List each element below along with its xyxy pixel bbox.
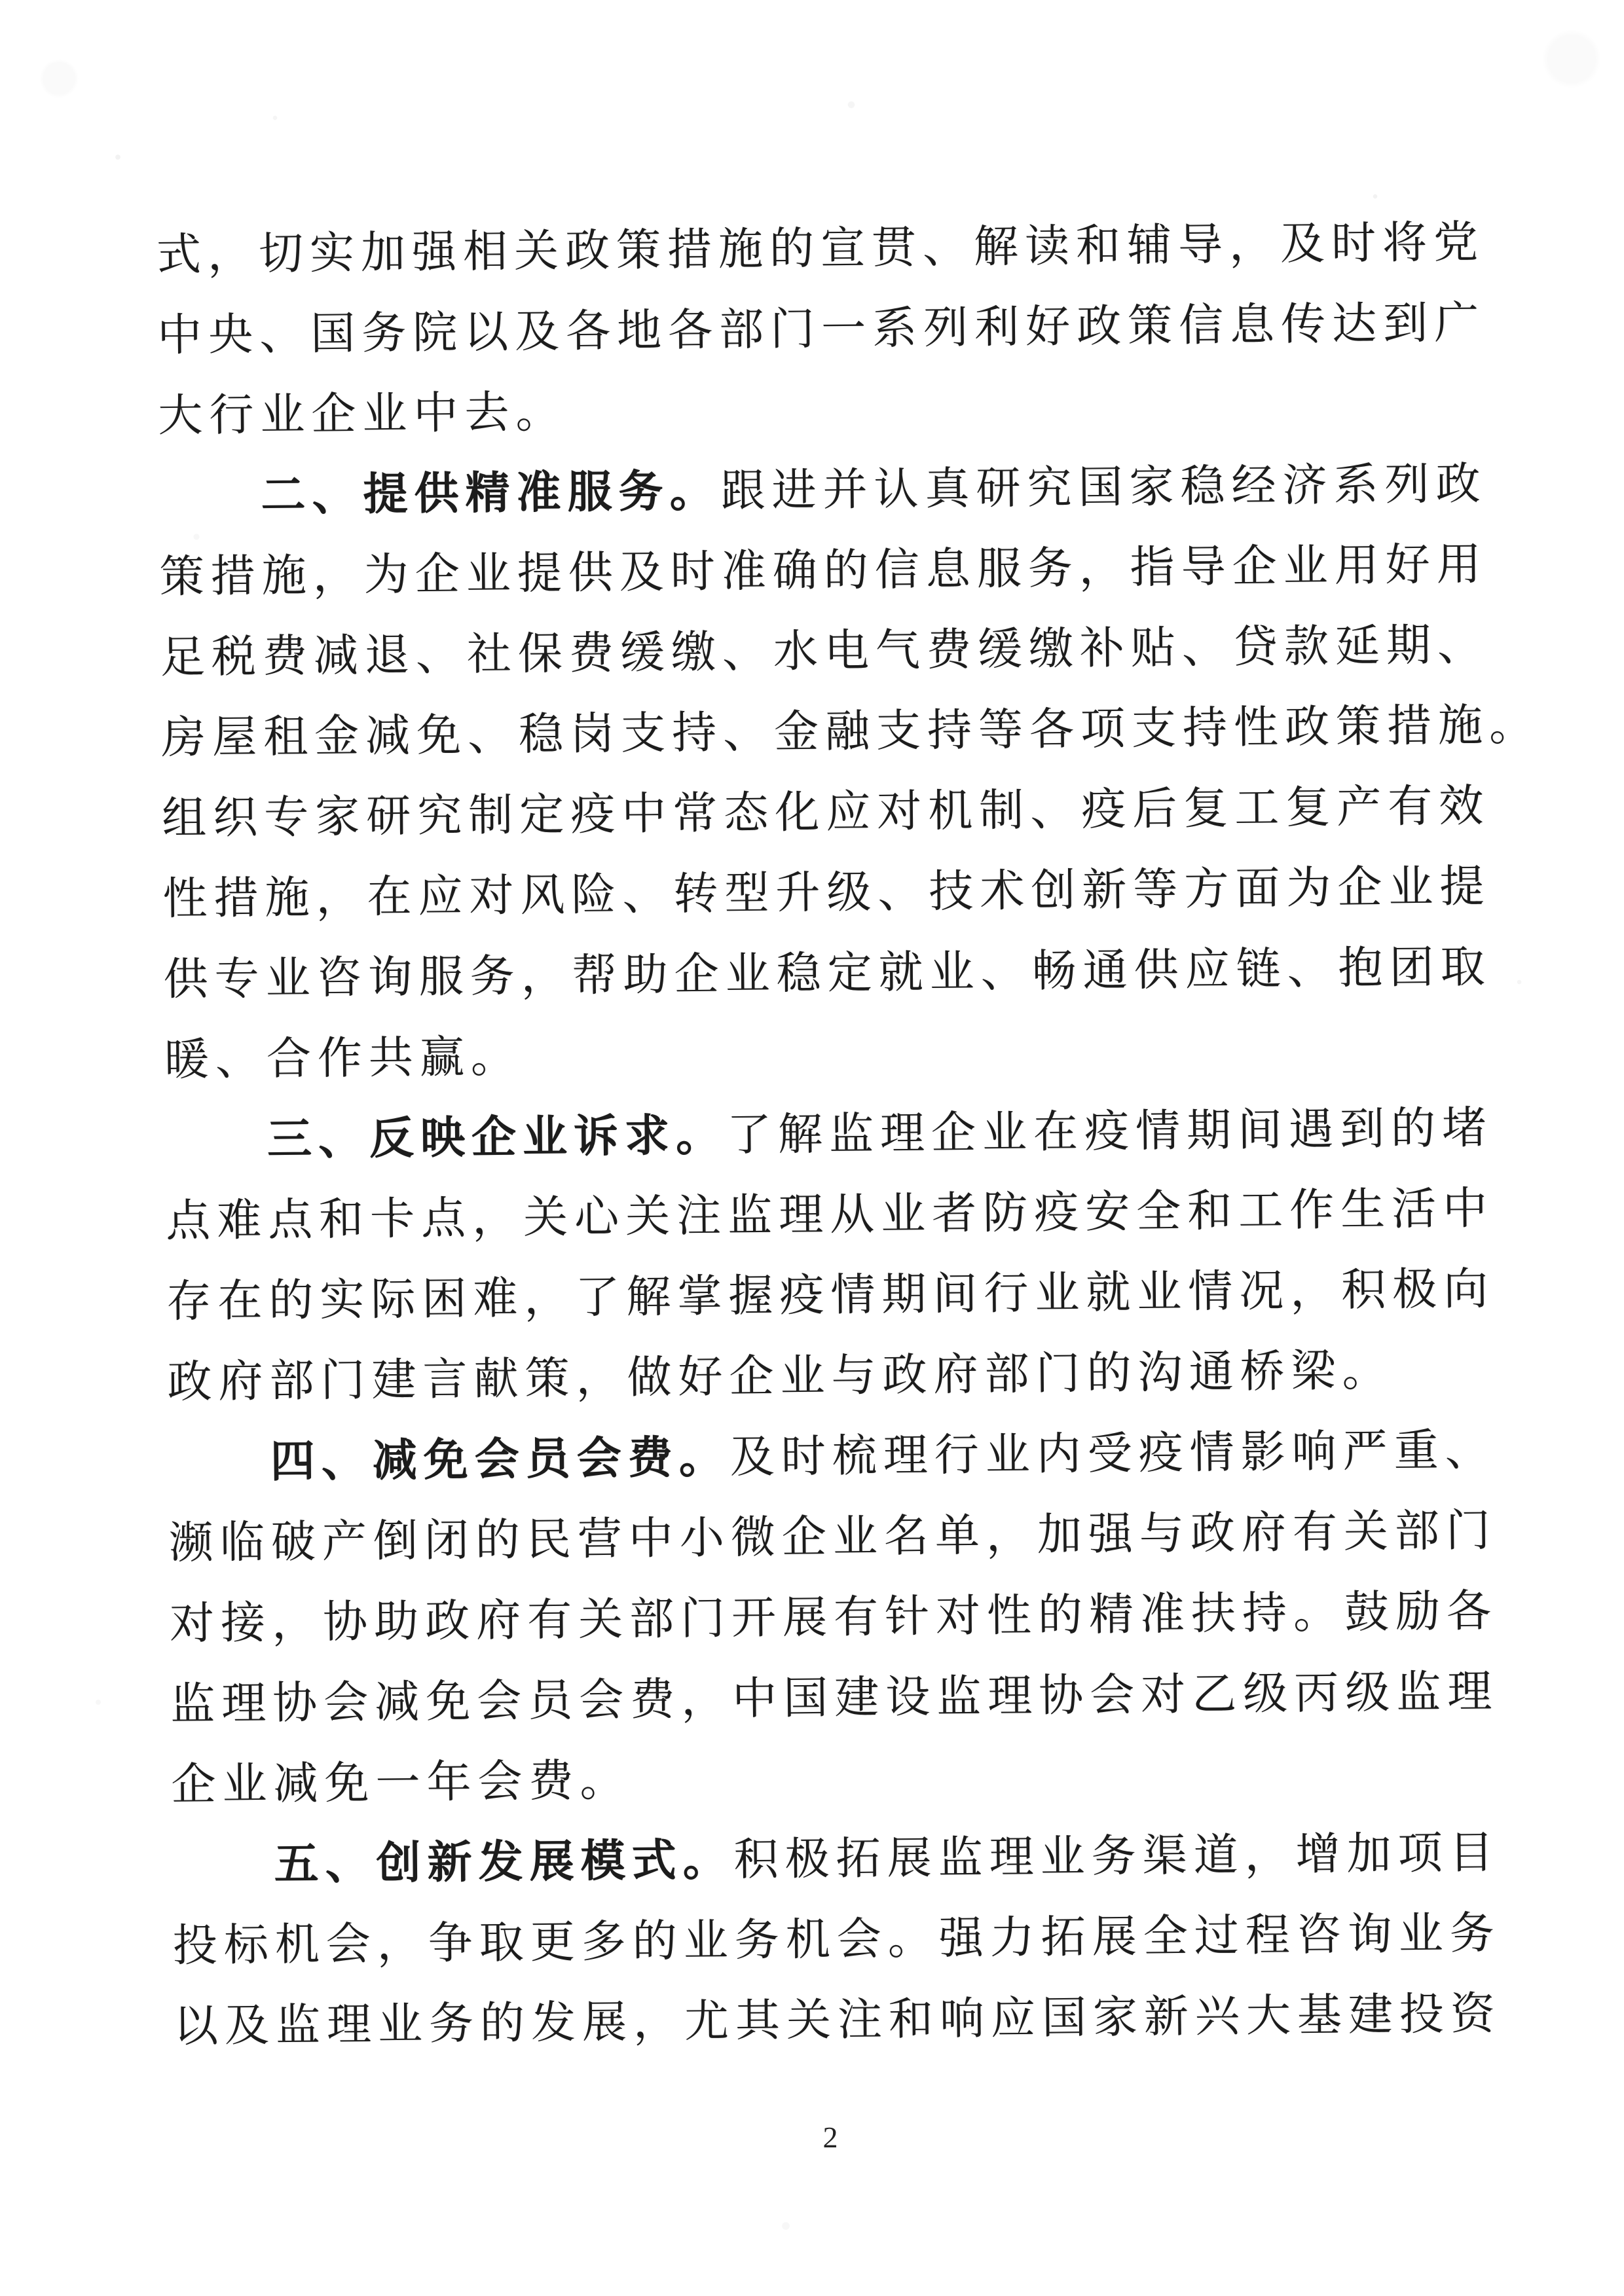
paragraph-heading: 五、创新发展模式。	[274, 1835, 734, 1889]
text-line: 存在的实际困难，了解掌握疫情期间行业就业情况，积极向	[166, 1248, 1536, 1342]
text-line: 政府部门建言献策，做好企业与政府部门的沟通桥梁。	[167, 1329, 1536, 1423]
text-line: 式，切实加强相关政策措施的宣贯、解读和辅导，及时将党	[156, 202, 1525, 295]
paragraph-text: 投标机会，争取更多的业务机会。强力拓展全过程咨询业务	[172, 1908, 1501, 1971]
text-line: 中央、国务院以及各地各部门一系列利好政策信息传达到广	[157, 282, 1526, 376]
paragraph-text: 监理协会减免会员会费，中国建设监理协会对乙级丙级监理	[170, 1667, 1499, 1729]
text-line: 四、减免会员会费。及时梳理行业内受疫情影响严重、	[168, 1410, 1537, 1503]
paragraph-text: 暖、合作共赢。	[164, 1032, 522, 1085]
document-body: 式，切实加强相关政策措施的宣贯、解读和辅导，及时将党中央、国务院以及各地各部门一…	[156, 202, 1542, 2067]
paragraph-text: 性措施，在应对风险、转型升级、技术创新等方面为企业提	[162, 862, 1491, 924]
paragraph-text: 政府部门建言献策，做好企业与政府部门的沟通桥梁。	[167, 1345, 1393, 1407]
text-line: 三、反映企业诉求。了解监理企业在疫情期间遇到的堵	[164, 1087, 1534, 1181]
paragraph-text: 点难点和卡点，关心关注监理从业者防疫安全和工作生活中	[166, 1184, 1494, 1246]
paragraph-text: 存在的实际困难，了解掌握疫情期间行业就业情况，积极向	[166, 1264, 1495, 1326]
paragraph-heading: 三、反映企业诉求。	[267, 1110, 728, 1165]
paragraph-text: 式，切实加强相关政策措施的宣贯、解读和辅导，及时将党	[157, 217, 1485, 280]
text-line: 房屋租金减免、稳岗支持、金融支持等各项支持性政策措施。	[161, 685, 1530, 778]
paragraph-text: 积极拓展监理业务渠道，增加项目	[733, 1828, 1500, 1885]
paragraph-heading: 二、提供精准服务。	[261, 466, 721, 520]
text-line: 企业减免一年会费。	[171, 1732, 1540, 1825]
text-line: 濒临破产倒闭的民营中小微企业名单，加强与政府有关部门	[168, 1490, 1538, 1584]
paragraph-text: 及时梳理行业内受疫情影响严重、	[729, 1425, 1496, 1482]
text-line: 策措施，为企业提供及时准确的信息服务，指导企业用好用	[159, 524, 1528, 617]
text-line: 组织专家研究制定疫中常态化应对机制、疫后复工复产有效	[162, 765, 1531, 859]
paragraph-text: 供专业咨询服务，帮助企业稳定就业、畅通供应链、抱团取	[163, 942, 1492, 1004]
text-line: 监理协会减免会员会费，中国建设监理协会对乙级丙级监理	[170, 1651, 1540, 1745]
text-line: 大行业企业中去。	[158, 363, 1527, 456]
text-line: 性措施，在应对风险、转型升级、技术创新等方面为企业提	[162, 846, 1532, 939]
text-line: 足税费减退、社保费缓缴、水电气费缓缴补贴、贷款延期、	[160, 604, 1529, 698]
paragraph-text: 对接，协助政府有关部门开展有针对性的精准扶持。鼓励各	[170, 1586, 1498, 1649]
text-line: 点难点和卡点，关心关注监理从业者防疫安全和工作生活中	[166, 1168, 1535, 1262]
paragraph-text: 组织专家研究制定疫中常态化应对机制、疫后复工复产有效	[162, 781, 1490, 843]
page-number: 2	[0, 2120, 1624, 2155]
scanned-document-page: 式，切实加强相关政策措施的宣贯、解读和辅导，及时将党中央、国务院以及各地各部门一…	[0, 0, 1624, 2296]
text-line: 以及监理业务的发展，尤其关注和响应国家新兴大基建投资	[173, 1973, 1542, 2067]
paragraph-text: 跟进并认真研究国家稳经济系列政	[720, 459, 1487, 516]
paragraph-text: 以及监理业务的发展，尤其关注和响应国家新兴大基建投资	[174, 1989, 1502, 2051]
text-line: 五、创新发展模式。积极拓展监理业务渠道，增加项目	[172, 1812, 1541, 1906]
text-line: 对接，协助政府有关部门开展有针对性的精准扶持。鼓励各	[170, 1571, 1539, 1664]
paragraph-text: 策措施，为企业提供及时准确的信息服务，指导企业用好用	[159, 539, 1488, 602]
paragraph-text: 濒临破产倒闭的民营中小微企业名单，加强与政府有关部门	[169, 1506, 1498, 1568]
paragraph-heading: 四、减免会员会费。	[270, 1432, 730, 1487]
paragraph-text: 中央、国务院以及各地各部门一系列利好政策信息传达到广	[157, 298, 1486, 360]
paragraph-text: 企业减免一年会费。	[171, 1755, 631, 1810]
paragraph-text: 大行业企业中去。	[158, 387, 567, 441]
text-line: 二、提供精准服务。跟进并认真研究国家稳经济系列政	[158, 443, 1528, 537]
paragraph-text: 足税费减退、社保费缓缴、水电气费缓缴补贴、贷款延期、	[160, 620, 1489, 682]
text-line: 投标机会，争取更多的业务机会。强力拓展全过程咨询业务	[172, 1893, 1541, 1986]
text-line: 暖、合作共赢。	[164, 1007, 1533, 1101]
paragraph-text: 房屋租金减免、稳岗支持、金融支持等各项支持性政策措施。	[161, 700, 1541, 763]
paragraph-text: 了解监理企业在疫情期间遇到的堵	[727, 1103, 1494, 1160]
text-line: 供专业咨询服务，帮助企业稳定就业、畅通供应链、抱团取	[163, 926, 1532, 1020]
